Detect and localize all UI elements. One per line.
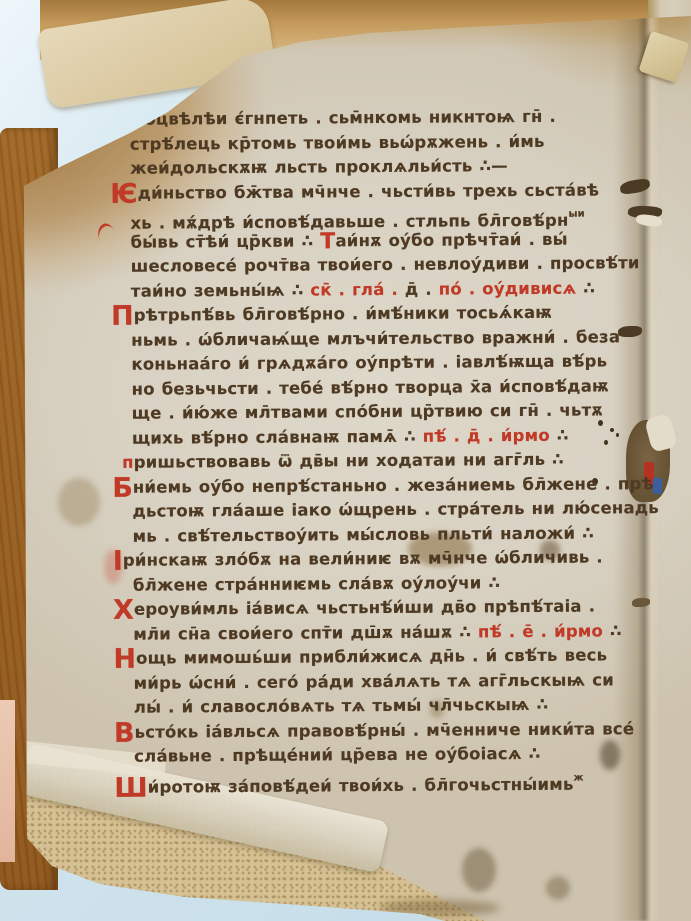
text-run: ощь мимошь́ши прибли́жисѧ дн̄ь . и́ свѣ́…: [136, 645, 607, 667]
text-run: бы́вь ст̄ѣи́ цр̄кви ∴: [130, 231, 320, 251]
text-run: ни́емь оу́бо непрѣ́станьно . жеза́ниемь …: [133, 474, 654, 497]
text-run: шесловесе́ рочт̄ва твои́его . невлоу́див…: [131, 253, 640, 276]
text-run: ск̄ . гла́ .: [310, 279, 405, 299]
text-run: д̄ .: [405, 279, 439, 298]
stain: [546, 876, 570, 900]
text-run: ри́нскаѭ зло́бѫ на вели́ниѥ вѫ мч̄нче ѡ́…: [123, 547, 603, 569]
manuscript-line: Нощь мимошь́ши прибли́жисѧ дн̄ь . и́ свѣ…: [113, 643, 653, 671]
manuscript-line: бл̄жене стра́нниѥмь сла́вѫ оу́лоу́чи ∴: [113, 570, 653, 598]
manuscript-line: пришьствовавь ѿ дв̄ы ни ходатаи ни агг̄л…: [112, 447, 652, 475]
manuscript-line: шесловесе́ рочт̄ва твои́его . невлоу́див…: [111, 251, 651, 279]
manuscript-line: мь . свѣ́тельствоу́ить мы́словь пльти́ н…: [113, 521, 653, 549]
text-run: жеи́дольскѫѭ льсть проклѧльи́сть ∴—: [130, 156, 508, 178]
text-run: ще . и́ю́же мл̄твами спо́бни цр̄твию си …: [132, 400, 603, 422]
text-run: ми́рь ѡ́сни́ . сего́ ра́ди хва́лѧть тѧ а…: [134, 670, 614, 692]
manuscript-line: дьстоѭ гла́аше іако ѡ́щрень . стра́тель …: [112, 496, 652, 524]
manuscript-line: ще . и́ю́же мл̄твами спо́бни цр̄твию си …: [112, 398, 652, 426]
under-leaf-pink-edge: [0, 700, 15, 862]
text-run: пѣ́ . д̄ . и́рмо: [423, 425, 550, 445]
manuscript-line: ми́рь ѡ́сни́ . сего́ ра́ди хва́лѧть тѧ а…: [114, 668, 654, 696]
text-run: и́ротоѭ за́повѣ́деи́ твои́хь . бл̄гочьст…: [148, 774, 574, 796]
text-run: лы́ . и́ славосло́вѧть тѧ тьмы́ чл̄чьскы…: [134, 695, 549, 717]
manuscript-line: Хероуви́мль іа́висѧ чьстьнѣ́и́ши дв̄о пр…: [113, 594, 653, 622]
text-block: Процвѣлѣи є́гнпеть . сьм̄нкомь никнтоѩ г…: [110, 104, 655, 794]
text-run: роцвѣлѣи є́гнпеть . сьм̄нкомь никнтоѩ гн…: [132, 107, 556, 129]
initial-letter: Ш: [114, 772, 148, 803]
initial-letter: Х: [113, 595, 134, 626]
manuscript-line: коньнаа́го и́ грѧдѫа́го оу́прѣти . іавлѣ…: [111, 349, 651, 377]
pen-flourish: [100, 118, 111, 144]
text-run: пѣ́ . е̄ . и́рмо: [478, 621, 603, 641]
text-run: ероуви́мль іа́висѧ чьстьнѣ́и́ши дв̄о прѣ…: [134, 597, 595, 619]
manuscript-line: мл̄и сн̄а свои́его спт̄и дш̄ѫ на́шѫ ∴ пѣ…: [113, 619, 653, 647]
manuscript-line: Процвѣлѣи є́гнпеть . сьм̄нкомь никнтоѩ г…: [110, 104, 650, 132]
manuscript-line: щихь вѣ́рно сла́внаѭ памѧ̄ ∴ пѣ́ . д̄ . …: [112, 423, 652, 451]
manuscript-line: ньмь . ѡ́бличаѩ́ще млъчи́тельство вражни…: [111, 325, 651, 353]
manuscript-photo: Процвѣлѣи є́гнпеть . сьм̄нкомь никнтоѩ г…: [0, 0, 691, 921]
stain: [58, 478, 100, 526]
manuscript-line: Ши́ротоѭ за́повѣ́деи́ твои́хь . бл̄гочьс…: [114, 766, 654, 794]
initial-letter: Н: [113, 644, 136, 675]
text-run: мь . свѣ́тельствоу́ить мы́словь пльти́ н…: [133, 523, 594, 545]
manuscript-line: Іри́нскаѭ зло́бѫ на вели́ниѥ вѫ мч̄нче ѡ…: [113, 545, 653, 573]
initial-letter: І: [113, 546, 123, 577]
initial-letter: П: [110, 105, 133, 136]
manuscript-line: Бни́емь оу́бо непрѣ́станьно . жеза́ниемь…: [112, 472, 652, 500]
initial-letter: В: [114, 717, 135, 748]
text-run: стрѣ́лець кр̄томь твои́мь вьѡ́рѫжень . и…: [130, 131, 545, 153]
text-run: ди́ньство бж̄тва мч̄нче . чьсти́вь трехь…: [137, 180, 599, 202]
text-run: но безьчьсти . тебе́ вѣ́рно творца х̄а и…: [132, 376, 609, 398]
illumination-glimpse-blue: [653, 478, 662, 494]
text-run: таи́но земьны́ѩ ∴: [131, 280, 311, 300]
text-run: щихь вѣ́рно сла́внаѭ памѧ̄ ∴: [132, 426, 423, 447]
text-run: бл̄жене стра́нниѥмь сла́вѫ оу́лоу́чи ∴: [133, 573, 500, 595]
manuscript-line: Вьсто́кь іа́вльсѧ правовѣ́рны́ . мч̄енни…: [114, 717, 654, 745]
manuscript-line: бы́вь ст̄ѣи́ цр̄кви ∴ Таи́нѫ оу́бо прѣчт…: [110, 227, 650, 255]
manuscript-line: Прѣтрьпѣ́вь бл̄говѣ́рно . и́мѣ́ники тось…: [111, 300, 651, 328]
initial-letter: п: [122, 453, 134, 472]
text-run: ьсто́кь іа́вльсѧ правовѣ́рны́ . мч̄еннич…: [134, 719, 634, 741]
text-run: ньмь . ѡ́бличаѩ́ще млъчи́тельство вражни…: [131, 327, 620, 349]
initial-letter: Ѥ: [110, 178, 138, 209]
text-run: коньнаа́го и́ грѧдѫа́го оу́прѣти . іавлѣ…: [131, 351, 607, 373]
text-run: ∴: [603, 621, 622, 640]
text-run: аи́нѫ оу́бо прѣчт̄аи́ . вы́: [335, 229, 567, 250]
manuscript-line: но безьчьсти . тебе́ вѣ́рно творца х̄а и…: [111, 374, 651, 402]
text-run: ж: [573, 772, 583, 783]
text-run: ∴: [550, 425, 569, 444]
stain: [462, 848, 496, 892]
text-run: дьстоѭ гла́аше іако ѡ́щрень . стра́тель …: [132, 498, 659, 521]
text-run: сла́вьне . прѣще́нии́ цр̄ева не оу́боіас…: [134, 744, 540, 766]
text-run: по́ . оу́дивисѧ: [439, 278, 577, 298]
text-run: ∴: [576, 278, 595, 297]
manuscript-line: хь . мѫ́дрѣ и́сповѣ́давьше . стльпь бл̄г…: [110, 202, 650, 230]
text-run: мл̄и сн̄а свои́его спт̄и дш̄ѫ на́шѫ ∴: [133, 622, 478, 643]
manuscript-line: лы́ . и́ славосло́вѧть тѧ тьмы́ чл̄чьскы…: [114, 692, 654, 720]
text-run: ыи: [568, 209, 584, 220]
manuscript-line: жеи́дольскѫѭ льсть проклѧльи́сть ∴—: [110, 153, 650, 181]
initial-letter: П: [111, 301, 134, 332]
manuscript-line: таи́но земьны́ѩ ∴ ск̄ . гла́ . д̄ . по́ …: [111, 276, 651, 304]
initial-letter: Т: [320, 229, 335, 254]
manuscript-line: сла́вьне . прѣще́нии́ цр̄ева не оу́боіас…: [114, 741, 654, 769]
text-run: ришьствовавь ѿ дв̄ы ни ходатаи ни агг̄ль…: [134, 450, 564, 472]
text-run: рѣтрьпѣ́вь бл̄говѣ́рно . и́мѣ́ники тосьѧ…: [134, 303, 553, 325]
initial-letter: Б: [112, 472, 133, 503]
parchment-leaf: Процвѣлѣи є́гнпеть . сьм̄нкомь никнтоѩ г…: [0, 0, 691, 921]
manuscript-line: стрѣ́лець кр̄томь твои́мь вьѡ́рѫжень . и…: [110, 129, 650, 157]
manuscript-line: Ѥди́ньство бж̄тва мч̄нче . чьсти́вь трех…: [110, 178, 650, 206]
stain: [380, 900, 500, 916]
